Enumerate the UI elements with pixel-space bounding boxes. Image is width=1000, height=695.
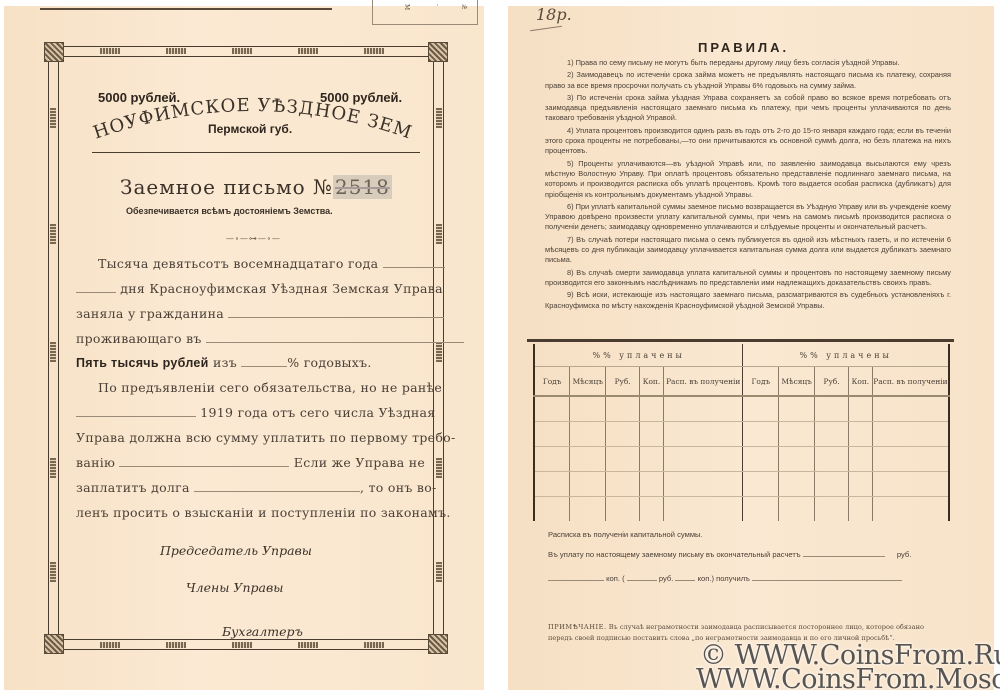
text-line: ленъ просить о взысканiи и поступленiи п… — [76, 505, 451, 520]
title-separator — [92, 152, 420, 153]
text-line: Тысяча девятьсотъ восемнадцатаго года — [98, 256, 445, 271]
text-line: Управа должна всю сумму уплатить по перв… — [76, 430, 456, 445]
rule-item: 5) Проценты уплачиваются—въ уѣздной Упра… — [545, 159, 951, 200]
rule-item: 7) Въ случаѣ потери настоящаго письма о … — [545, 235, 951, 266]
col-month: Мѣсяцъ — [779, 367, 815, 397]
rule-item: 3) По истеченiи срока займа уѣздная Упра… — [545, 93, 951, 124]
receipt-title: Расписка въ полученiи капитальной суммы. — [548, 530, 703, 539]
rules-list: 1) Права по сему письму не могутъ быть п… — [545, 58, 951, 313]
loan-letter-title: Заемное письмо №2518 — [120, 175, 392, 199]
col-rub: Руб. — [815, 367, 849, 397]
table-row — [534, 472, 949, 497]
handwritten-note: 18р. — [536, 5, 572, 24]
serial-number: 2518 — [333, 175, 392, 199]
signature-accountant: Бухгалтеръ — [222, 624, 303, 639]
col-kop: Коп. — [640, 367, 664, 397]
flourish-ornament-icon: —∘—⊶—∘— — [226, 234, 281, 243]
text-line: проживающаго въ — [76, 331, 464, 346]
receipt-line-1: Въ уплату по настоящему заемному письму … — [548, 550, 911, 559]
corner-ornament-icon — [428, 42, 448, 62]
corner-ornament-icon — [428, 634, 448, 654]
text-line: ванiю Если же Управа не — [76, 455, 425, 470]
text-line: По предъявленiи сего обязательства, но н… — [98, 380, 442, 395]
rule-item: 1) Права по сему письму не могутъ быть п… — [545, 58, 951, 68]
rule-item: 4) Уплата процентовъ производится одинъ … — [545, 126, 951, 157]
col-rub: Руб. — [606, 367, 640, 397]
table-row — [534, 396, 949, 422]
signature-members: Члены Управы — [186, 580, 283, 595]
top-rule — [40, 8, 332, 10]
table-top-rule — [527, 339, 954, 342]
text-line: заняла у гражданина — [76, 306, 444, 321]
rule-item: 2) Заимодавецъ по истеченiи срока займа … — [545, 70, 951, 91]
text-line: заплатитъ долга , то онъ во- — [76, 480, 437, 495]
table-row — [534, 447, 949, 472]
stamp-box: М·№ — [372, 0, 478, 25]
col-month: Мѣсяцъ — [570, 367, 606, 397]
corner-ornament-icon — [44, 634, 64, 654]
watermark-line-2: WWW.CoinsFrom.Moscow — [696, 664, 1000, 695]
table-row — [534, 497, 949, 522]
rule-item: 9) Всѣ иски, истекающiе изъ настоящаго з… — [545, 290, 951, 311]
col-year: Годъ — [534, 367, 570, 397]
text-line: дня Красноуфимская Уѣздная Земская Управ… — [76, 281, 443, 296]
col-receipt: Расп. въ полученiи — [872, 367, 949, 397]
text-line: Пять тысячь рублей изъ % годовыхъ. — [76, 355, 372, 370]
rule-item: 6) При уплатѣ капитальной суммы заемное … — [545, 202, 951, 233]
signature-chairman: Председатель Управы — [160, 543, 312, 558]
receipt-line-2: коп. ( руб. коп.) получилъ — [548, 574, 902, 583]
text-line: 1919 года отъ сего числа Уѣздная — [76, 405, 435, 420]
col-kop: Коп. — [848, 367, 872, 397]
secured-note: Обезпечивается всѣмъ достоянiемъ Земства… — [126, 206, 333, 216]
issuer-name: КРАСНОУФИМСКОЕ УѢЗДНОЕ ЗЕМСТВО — [88, 96, 415, 144]
interest-payment-table: %% уплачены %% уплачены Годъ Мѣсяцъ Руб.… — [533, 344, 950, 521]
col-receipt: Расп. въ полученiи — [663, 367, 743, 397]
rule-item: 8) Въ случаѣ смерти заимодавца уплата ка… — [545, 268, 951, 289]
issuer-arc-title: КРАСНОУФИМСКОЕ УѢЗДНОЕ ЗЕМСТВО — [88, 96, 418, 146]
corner-ornament-icon — [44, 42, 64, 62]
title-text: Заемное письмо № — [120, 175, 333, 199]
province-label: Пермской губ. — [208, 122, 292, 136]
svg-text:КРАСНОУФИМСКОЕ УѢЗДНОЕ ЗЕМСТВО: КРАСНОУФИМСКОЕ УѢЗДНОЕ ЗЕМСТВО — [88, 96, 415, 144]
group-header-left: %% уплачены — [534, 344, 743, 367]
table-row — [534, 422, 949, 447]
rules-title: ПРАВИЛА. — [698, 40, 789, 55]
group-header-right: %% уплачены — [743, 344, 949, 367]
col-year: Годъ — [743, 367, 779, 397]
